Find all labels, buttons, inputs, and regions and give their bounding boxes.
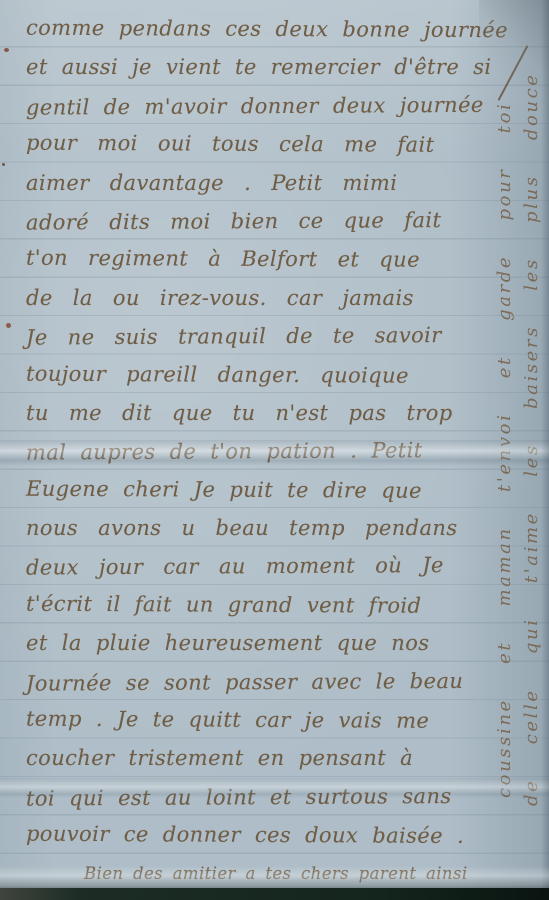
letter-line: toi qui est au loint et surtous sans <box>26 776 549 818</box>
letter-line: gentil de m'avoir donner deux journée <box>26 85 549 127</box>
letter-line: mal aupres de t'on pation . Petit <box>26 431 549 473</box>
ink-spot <box>6 323 11 328</box>
letter-line: Je ne suis tranquil de te savoir <box>26 316 549 358</box>
letter-line: coucher tristement en pensant à <box>26 739 549 777</box>
letter-line: t'on regiment à Belfort et que <box>26 239 549 280</box>
letter-line: Eugene cheri Je puit te dire que <box>26 469 549 510</box>
letter-line: de la ou irez-vous. car jamais <box>26 279 549 317</box>
scan-background-strip <box>0 888 549 900</box>
ink-spot <box>2 163 5 166</box>
letter-line: adoré dits moi bien ce que fait <box>26 200 549 242</box>
letter-body: comme pendans ces deux bonne journée et … <box>0 0 549 900</box>
margin-note-inner: coussine et maman t'envoi et garde pour … <box>494 102 516 798</box>
margin-note-outer: de celle qui t'aime les baisers les plus… <box>521 72 543 806</box>
letter-line: t'écrit il fait un grand vent froid <box>26 584 549 625</box>
letter-page: comme pendans ces deux bonne journée et … <box>0 0 549 900</box>
letter-line: et aussi je vient te remercier d'être si <box>26 48 549 86</box>
letter-line: toujour pareill danger. quoique <box>26 354 549 395</box>
ink-spot <box>4 48 9 52</box>
letter-line: pour moi oui tous cela me fait <box>26 124 549 165</box>
letter-line: Journée se sont passer avec le beau <box>26 661 549 703</box>
letter-line: et la pluie heureusement que nos <box>26 624 549 662</box>
letter-line: deux jour car au moment où Je <box>26 546 549 588</box>
letter-line: pouvoir ce donner ces doux baisée . <box>26 815 549 856</box>
letter-line: nous avons u beau temp pendans <box>26 509 549 547</box>
letter-line: tu me dit que tu n'est pas trop <box>26 394 549 432</box>
letter-line: temp . Je te quitt car je vais me <box>26 700 549 741</box>
letter-line: aimer davantage . Petit mimi <box>26 164 549 202</box>
letter-line: comme pendans ces deux bonne journée <box>26 9 549 50</box>
